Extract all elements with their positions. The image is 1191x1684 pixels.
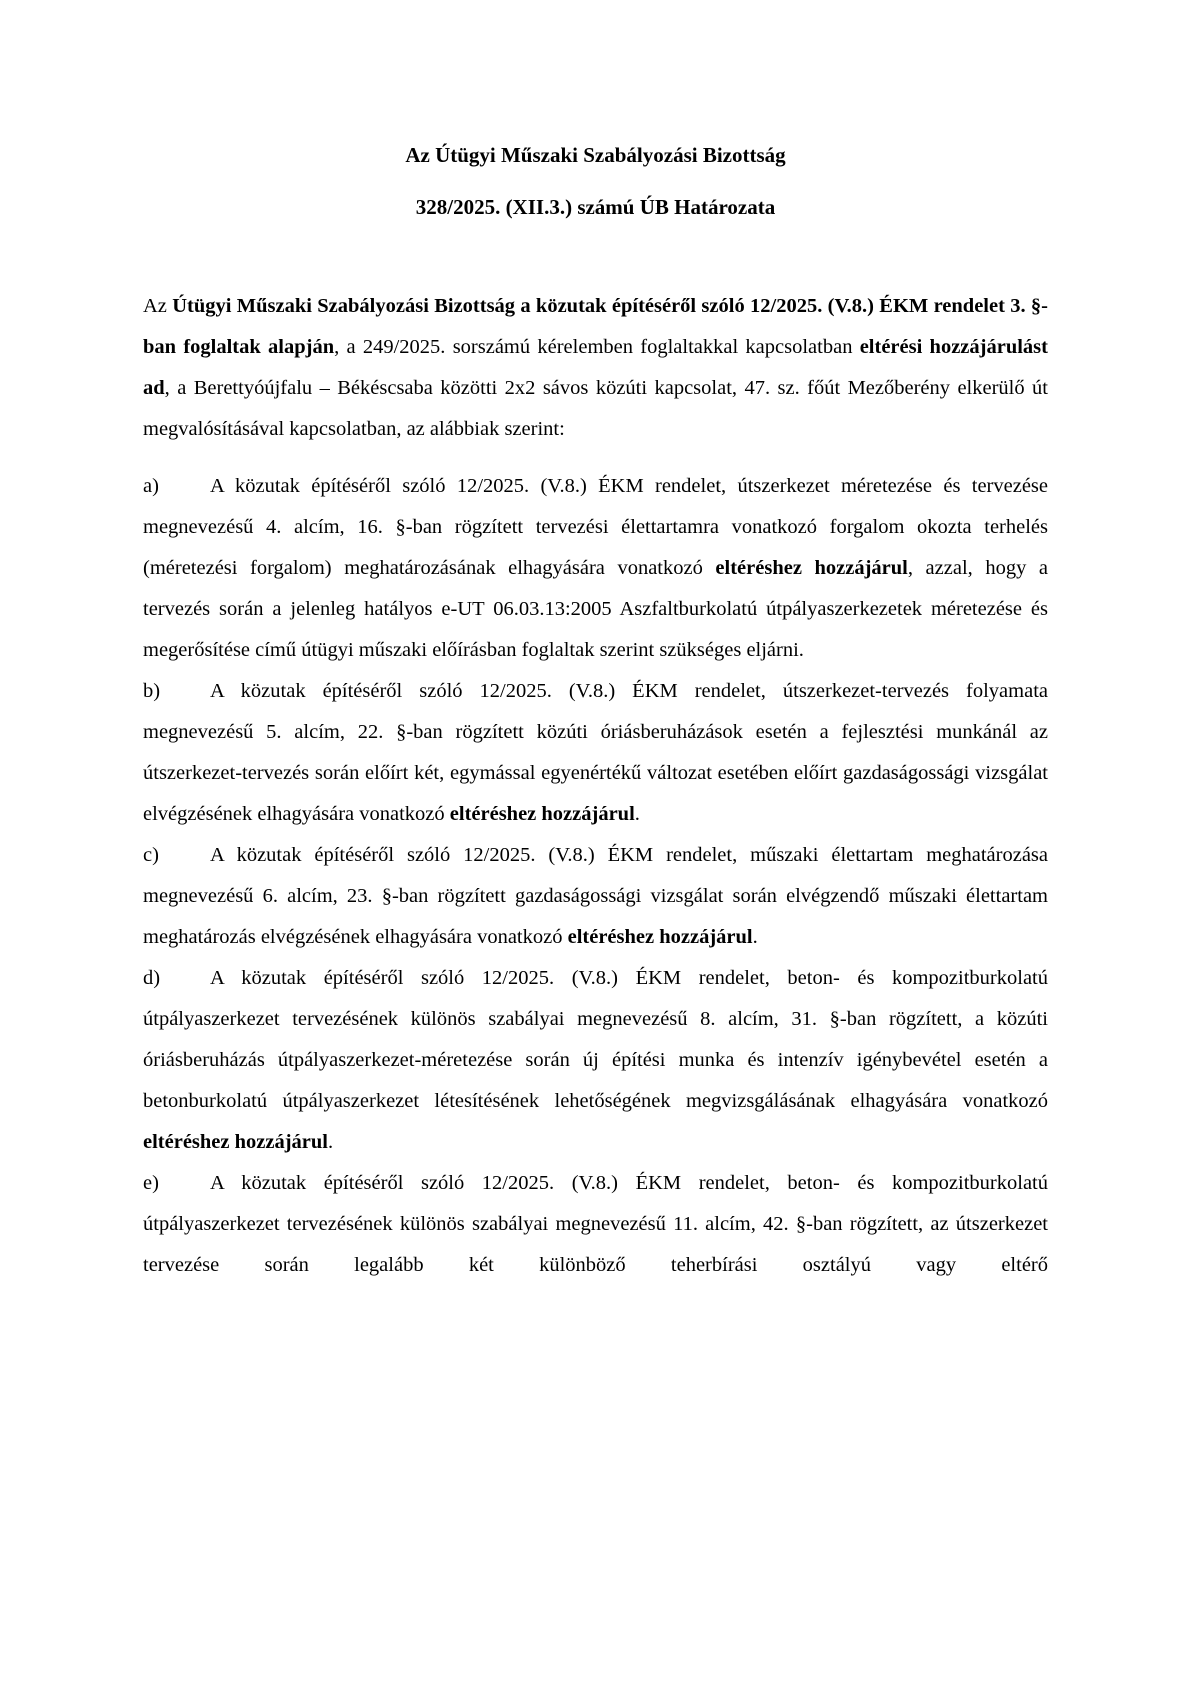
text-segment: , a Berettyóújfalu – Békéscsaba közötti …: [143, 377, 1048, 440]
item-label: b): [143, 671, 210, 712]
decision-item: b)A közutak építéséről szóló 12/2025. (V…: [143, 671, 1048, 835]
item-label: a): [143, 466, 210, 507]
decision-item: d)A közutak építéséről szóló 12/2025. (V…: [143, 958, 1048, 1163]
decision-item: e)A közutak építéséről szóló 12/2025. (V…: [143, 1163, 1048, 1286]
text-segment: .: [635, 803, 640, 825]
bold-text-segment: eltéréshez hozzájárul: [715, 557, 907, 579]
document-page: Az Útügyi Műszaki Szabályozási Bizottság…: [143, 140, 1048, 1286]
bold-text-segment: eltéréshez hozzájárul: [568, 926, 753, 948]
item-label: c): [143, 835, 210, 876]
text-segment: A közutak építéséről szóló 12/2025. (V.8…: [143, 1172, 1048, 1276]
text-segment: A közutak építéséről szóló 12/2025. (V.8…: [143, 967, 1048, 1112]
intro-paragraph: Az Útügyi Műszaki Szabályozási Bizottság…: [143, 286, 1048, 450]
text-segment: , a 249/2025. sorszámú kérelemben foglal…: [334, 336, 860, 358]
text-segment: .: [753, 926, 758, 948]
item-label: e): [143, 1163, 210, 1204]
document-title-line1: Az Útügyi Műszaki Szabályozási Bizottság: [143, 140, 1048, 170]
decision-items-list: a)A közutak építéséről szóló 12/2025. (V…: [143, 466, 1048, 1286]
document-title-line2: 328/2025. (XII.3.) számú ÚB Határozata: [143, 192, 1048, 222]
decision-item: a)A közutak építéséről szóló 12/2025. (V…: [143, 466, 1048, 671]
bold-text-segment: eltéréshez hozzájárul: [450, 803, 635, 825]
text-segment: .: [328, 1131, 333, 1153]
text-segment: Az: [143, 295, 172, 317]
bold-text-segment: eltéréshez hozzájárul: [143, 1131, 328, 1153]
item-label: d): [143, 958, 210, 999]
decision-item: c)A közutak építéséről szóló 12/2025. (V…: [143, 835, 1048, 958]
